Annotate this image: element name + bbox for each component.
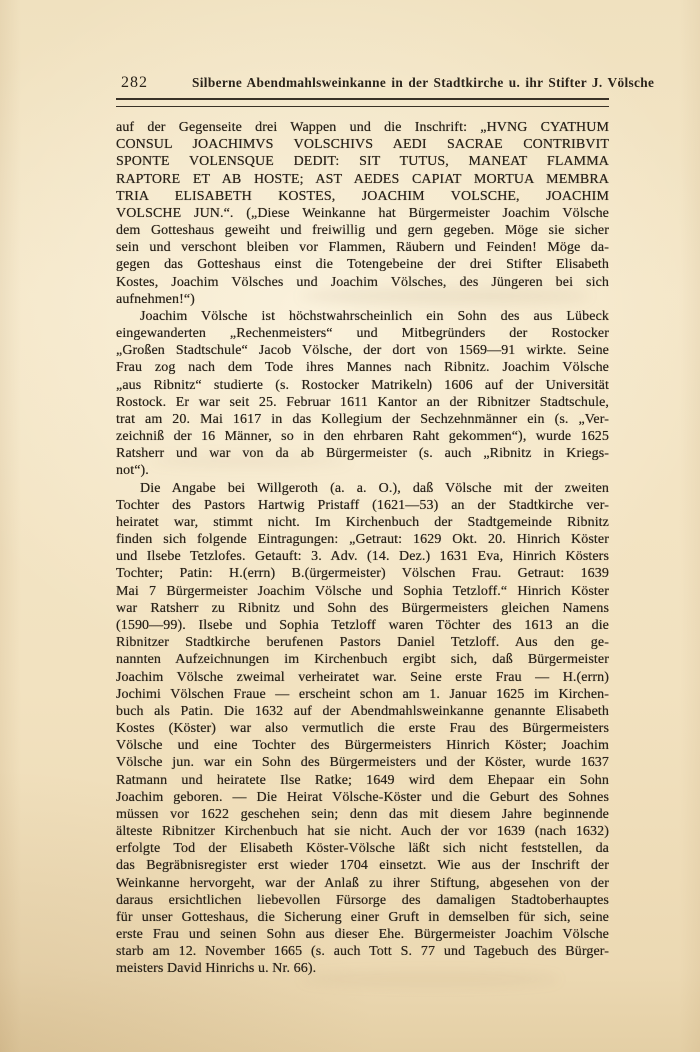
text-line: Jochimi Völschen Fraue — erscheint schon…: [116, 686, 609, 703]
text-line: Rostock. Er war seit 25. Februar 1611 Ka…: [116, 394, 609, 411]
text-line: RAPTORE ET AB HOSTE; AST AEDES CAPIAT MO…: [116, 171, 609, 188]
text-line: für unser Gotteshaus, die Sicherung eine…: [116, 909, 609, 926]
text-line: Mai 7 Bürgermeister Joachim Völsche und …: [116, 583, 609, 600]
text-line: Joachim Völsche zweimal verheiratet war.…: [116, 669, 609, 686]
page-number: 282: [121, 74, 148, 92]
text-line: Tochter; Patin: H.(errn) B.(ürgermeister…: [116, 565, 609, 582]
text-line: TRIA ELISABETH KOSTES, JOACHIM VOLSCHE, …: [116, 188, 609, 205]
text-line: CONSUL JOACHIMVS VOLSCHIVS AEDI SACRAE C…: [116, 136, 609, 153]
text-line: dem Gotteshaus geweiht und freiwillig un…: [116, 222, 609, 239]
paragraph: Die Angabe bei Willgeroth (a. a. O.), da…: [116, 480, 609, 978]
text-line: meisters David Hinrichs u. Nr. 66).: [116, 960, 609, 977]
header-rule: [116, 98, 609, 107]
text-line: erfolgte Tod der Elisabeth Köster-Völsch…: [116, 840, 609, 857]
text-line: gegen das Gotteshaus einst die Totengebe…: [116, 256, 609, 273]
text-line: not“).: [116, 462, 609, 479]
text-line: Ratmann und heiratete Ilse Ratke; 1649 w…: [116, 772, 609, 789]
text-line: Völsche jun. war ein Sohn des Bürgermeis…: [116, 754, 609, 771]
text-line: und Ilsebe Tetzlofes. Getauft: 3. Adv. (…: [116, 548, 609, 565]
text-line: Kostes, Joachim Völsches und Joachim Völ…: [116, 274, 609, 291]
paragraph: Joachim Völsche ist höchstwahrscheinlich…: [116, 308, 609, 480]
text-line: heiratet war, stimmt nicht. Im Kirchenbu…: [116, 514, 609, 531]
text-line: Joachim geboren. — Die Heirat Völsche-Kö…: [116, 789, 609, 806]
text-line: Weinkanne hervorgeht, war der Anlaß zu i…: [116, 875, 609, 892]
text-line: müssen vor 1622 geschehen sein; denn das…: [116, 806, 609, 823]
text-line: buch als Patin. Die 1632 auf der Abendma…: [116, 703, 609, 720]
text-line: SPONTE VOLENSQUE DEDIT: SIT TUTUS, MANEA…: [116, 153, 609, 170]
text-line: finden sich folgende Eintragungen: „Getr…: [116, 531, 609, 548]
paragraph: auf der Gegenseite drei Wappen und die I…: [116, 119, 609, 308]
body-text: auf der Gegenseite drei Wappen und die I…: [116, 119, 609, 978]
page-header: 282 Silberne Abendmahlsweinkanne in der …: [121, 74, 681, 92]
text-line: eingewanderten „Rechenmeisters“ und Mitb…: [116, 325, 609, 342]
text-line: zeichniß der 16 Männer, so in den ehrbar…: [116, 428, 609, 445]
text-line: Ratsherr und war von da ab Bürgermeister…: [116, 445, 609, 462]
text-line: (1590—99). Ilsebe und Sophia Tetzloff wa…: [116, 617, 609, 634]
text-line: Völsche und eine Tochter des Bürgermeist…: [116, 737, 609, 754]
text-line: „aus Ribnitz“ studierte (s. Rostocker Ma…: [116, 377, 609, 394]
text-line: Tochter des Pastors Hartwig Pristaff (16…: [116, 497, 609, 514]
text-line: Die Angabe bei Willgeroth (a. a. O.), da…: [116, 480, 609, 497]
text-line: starb am 12. November 1665 (s. auch Tott…: [116, 943, 609, 960]
text-line: auf der Gegenseite drei Wappen und die I…: [116, 119, 609, 136]
running-title: Silberne Abendmahlsweinkanne in der Stad…: [192, 75, 654, 91]
text-line: Kostes (Köster) war also vermutlich die …: [116, 720, 609, 737]
text-line: Joachim Völsche ist höchstwahrscheinlich…: [116, 308, 609, 325]
text-line: das Begräbnisregister erst wieder 1704 e…: [116, 857, 609, 874]
text-line: aufnehmen!“): [116, 291, 609, 308]
text-line: nannten Aufzeichnungen im Kirchenbuch er…: [116, 651, 609, 668]
book-page: 282 Silberne Abendmahlsweinkanne in der …: [0, 0, 700, 1052]
text-line: war Ratsherr zu Ribnitz und Sohn des Bür…: [116, 600, 609, 617]
text-line: erste Frau und seinen Sohn aus dieser Eh…: [116, 926, 609, 943]
text-line: VOLSCHE JUN.“. („Diese Weinkanne hat Bür…: [116, 205, 609, 222]
text-line: daraus ersichtlichen liebevollen Fürsorg…: [116, 892, 609, 909]
text-line: Ribnitzer Stadtkirche berufenen Pastors …: [116, 634, 609, 651]
text-line: Frau zog nach dem Tode ihres Mannes nach…: [116, 359, 609, 376]
text-line: „Großen Stadtschule“ Jacob Völsche, der …: [116, 342, 609, 359]
text-line: älteste Ribnitzer Kirchenbuch hat sie ni…: [116, 823, 609, 840]
text-line: trat am 20. Mai 1617 in das Kollegium de…: [116, 411, 609, 428]
text-line: sein und verschont bleiben vor Flammen, …: [116, 239, 609, 256]
